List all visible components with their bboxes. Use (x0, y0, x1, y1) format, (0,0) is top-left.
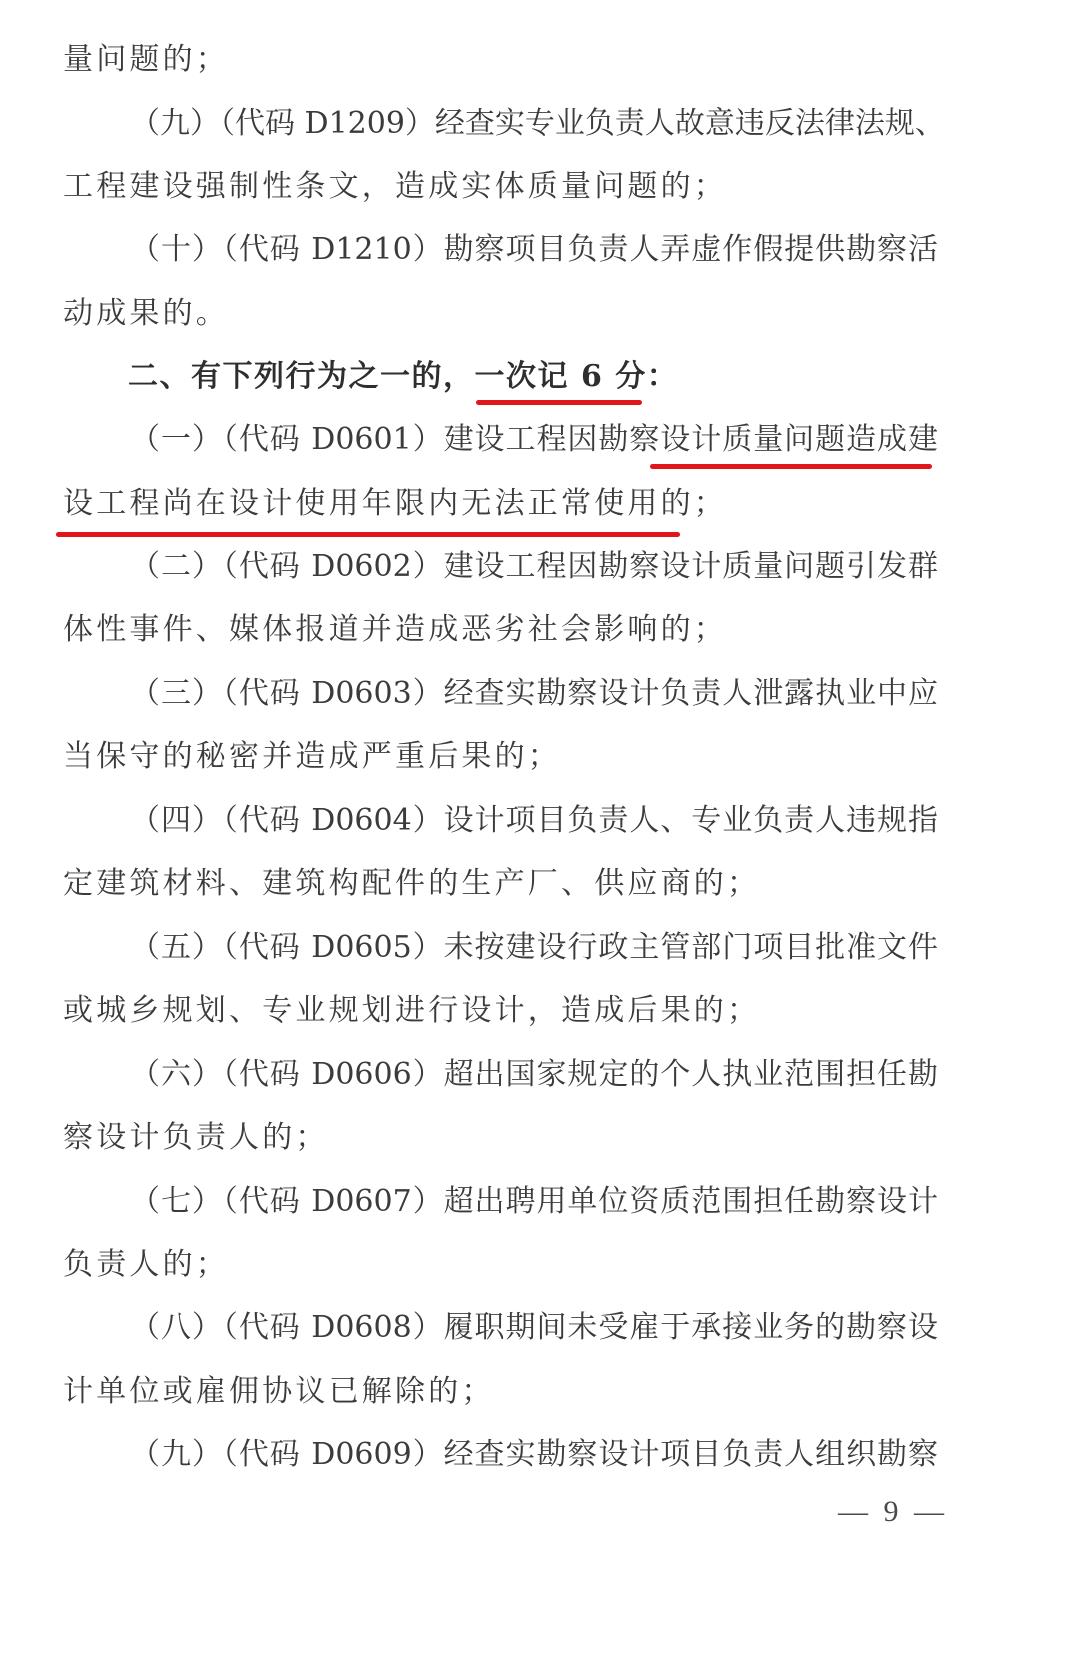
item-d0604-line-2: 定建筑材料、建筑构配件的生产厂、供应商的； (63, 862, 938, 906)
item-d0606-line-1: （六）（代码 D0606）超出国家规定的个人执业范围担任勘 (130, 1053, 938, 1097)
item-d0608-line-1: （八）（代码 D0608）履职期间未受雇于承接业务的勘察设 (130, 1306, 938, 1350)
item-d0609-line-1: （九）（代码 D0609）经查实勘察设计项目负责人组织勘察 (130, 1433, 938, 1477)
item-d0601-line-1: （一）（代码 D0601）建设工程因勘察设计质量问题造成建 (130, 418, 938, 462)
item-d0607-line-1: （七）（代码 D0607）超出聘用单位资质范围担任勘察设计 (130, 1180, 938, 1224)
item-d0605-line-2: 或城乡规划、专业规划进行设计，造成后果的； (63, 989, 938, 1033)
page-number: — 9 — (838, 1492, 948, 1532)
item-d0604-line-1: （四）（代码 D0604）设计项目负责人、专业负责人违规指 (130, 799, 938, 843)
item-d0602-line-1: （二）（代码 D0602）建设工程因勘察设计质量问题引发群 (130, 545, 938, 589)
item-d1209-line-2: 工程建设强制性条文，造成实体质量问题的； (63, 165, 938, 209)
text-line: 量问题的； (63, 38, 938, 82)
item-d1210-line-1: （十）（代码 D1210）勘察项目负责人弄虚作假提供勘察活 (130, 228, 938, 272)
item-d1210-line-2: 动成果的。 (63, 292, 938, 336)
section-heading: 二、有下列行为之一的，一次记 6 分： (128, 355, 1003, 399)
item-d0605-line-1: （五）（代码 D0605）未按建设行政主管部门项目批准文件 (130, 926, 938, 970)
red-underline-score (476, 400, 642, 405)
item-d0603-line-2: 当保守的秘密并造成严重后果的； (63, 735, 938, 779)
item-d0602-line-2: 体性事件、媒体报道并造成恶劣社会影响的； (63, 608, 938, 652)
item-d0603-line-1: （三）（代码 D0603）经查实勘察设计负责人泄露执业中应 (130, 672, 938, 716)
item-d0608-line-2: 计单位或雇佣协议已解除的； (63, 1370, 938, 1414)
item-d1209-line-1: （九）（代码 D1209）经查实专业负责人故意违反法律法规、 (130, 102, 938, 146)
item-d0606-line-2: 察设计负责人的； (63, 1116, 938, 1160)
item-d0607-line-2: 负责人的； (63, 1243, 938, 1287)
document-page: 量问题的； （九）（代码 D1209）经查实专业负责人故意违反法律法规、 工程建… (0, 0, 1080, 1665)
item-d0601-line-2: 设工程尚在设计使用年限内无法正常使用的； (63, 482, 938, 526)
red-underline-d0601-part2 (56, 532, 680, 537)
red-underline-d0601-part1 (650, 464, 932, 469)
